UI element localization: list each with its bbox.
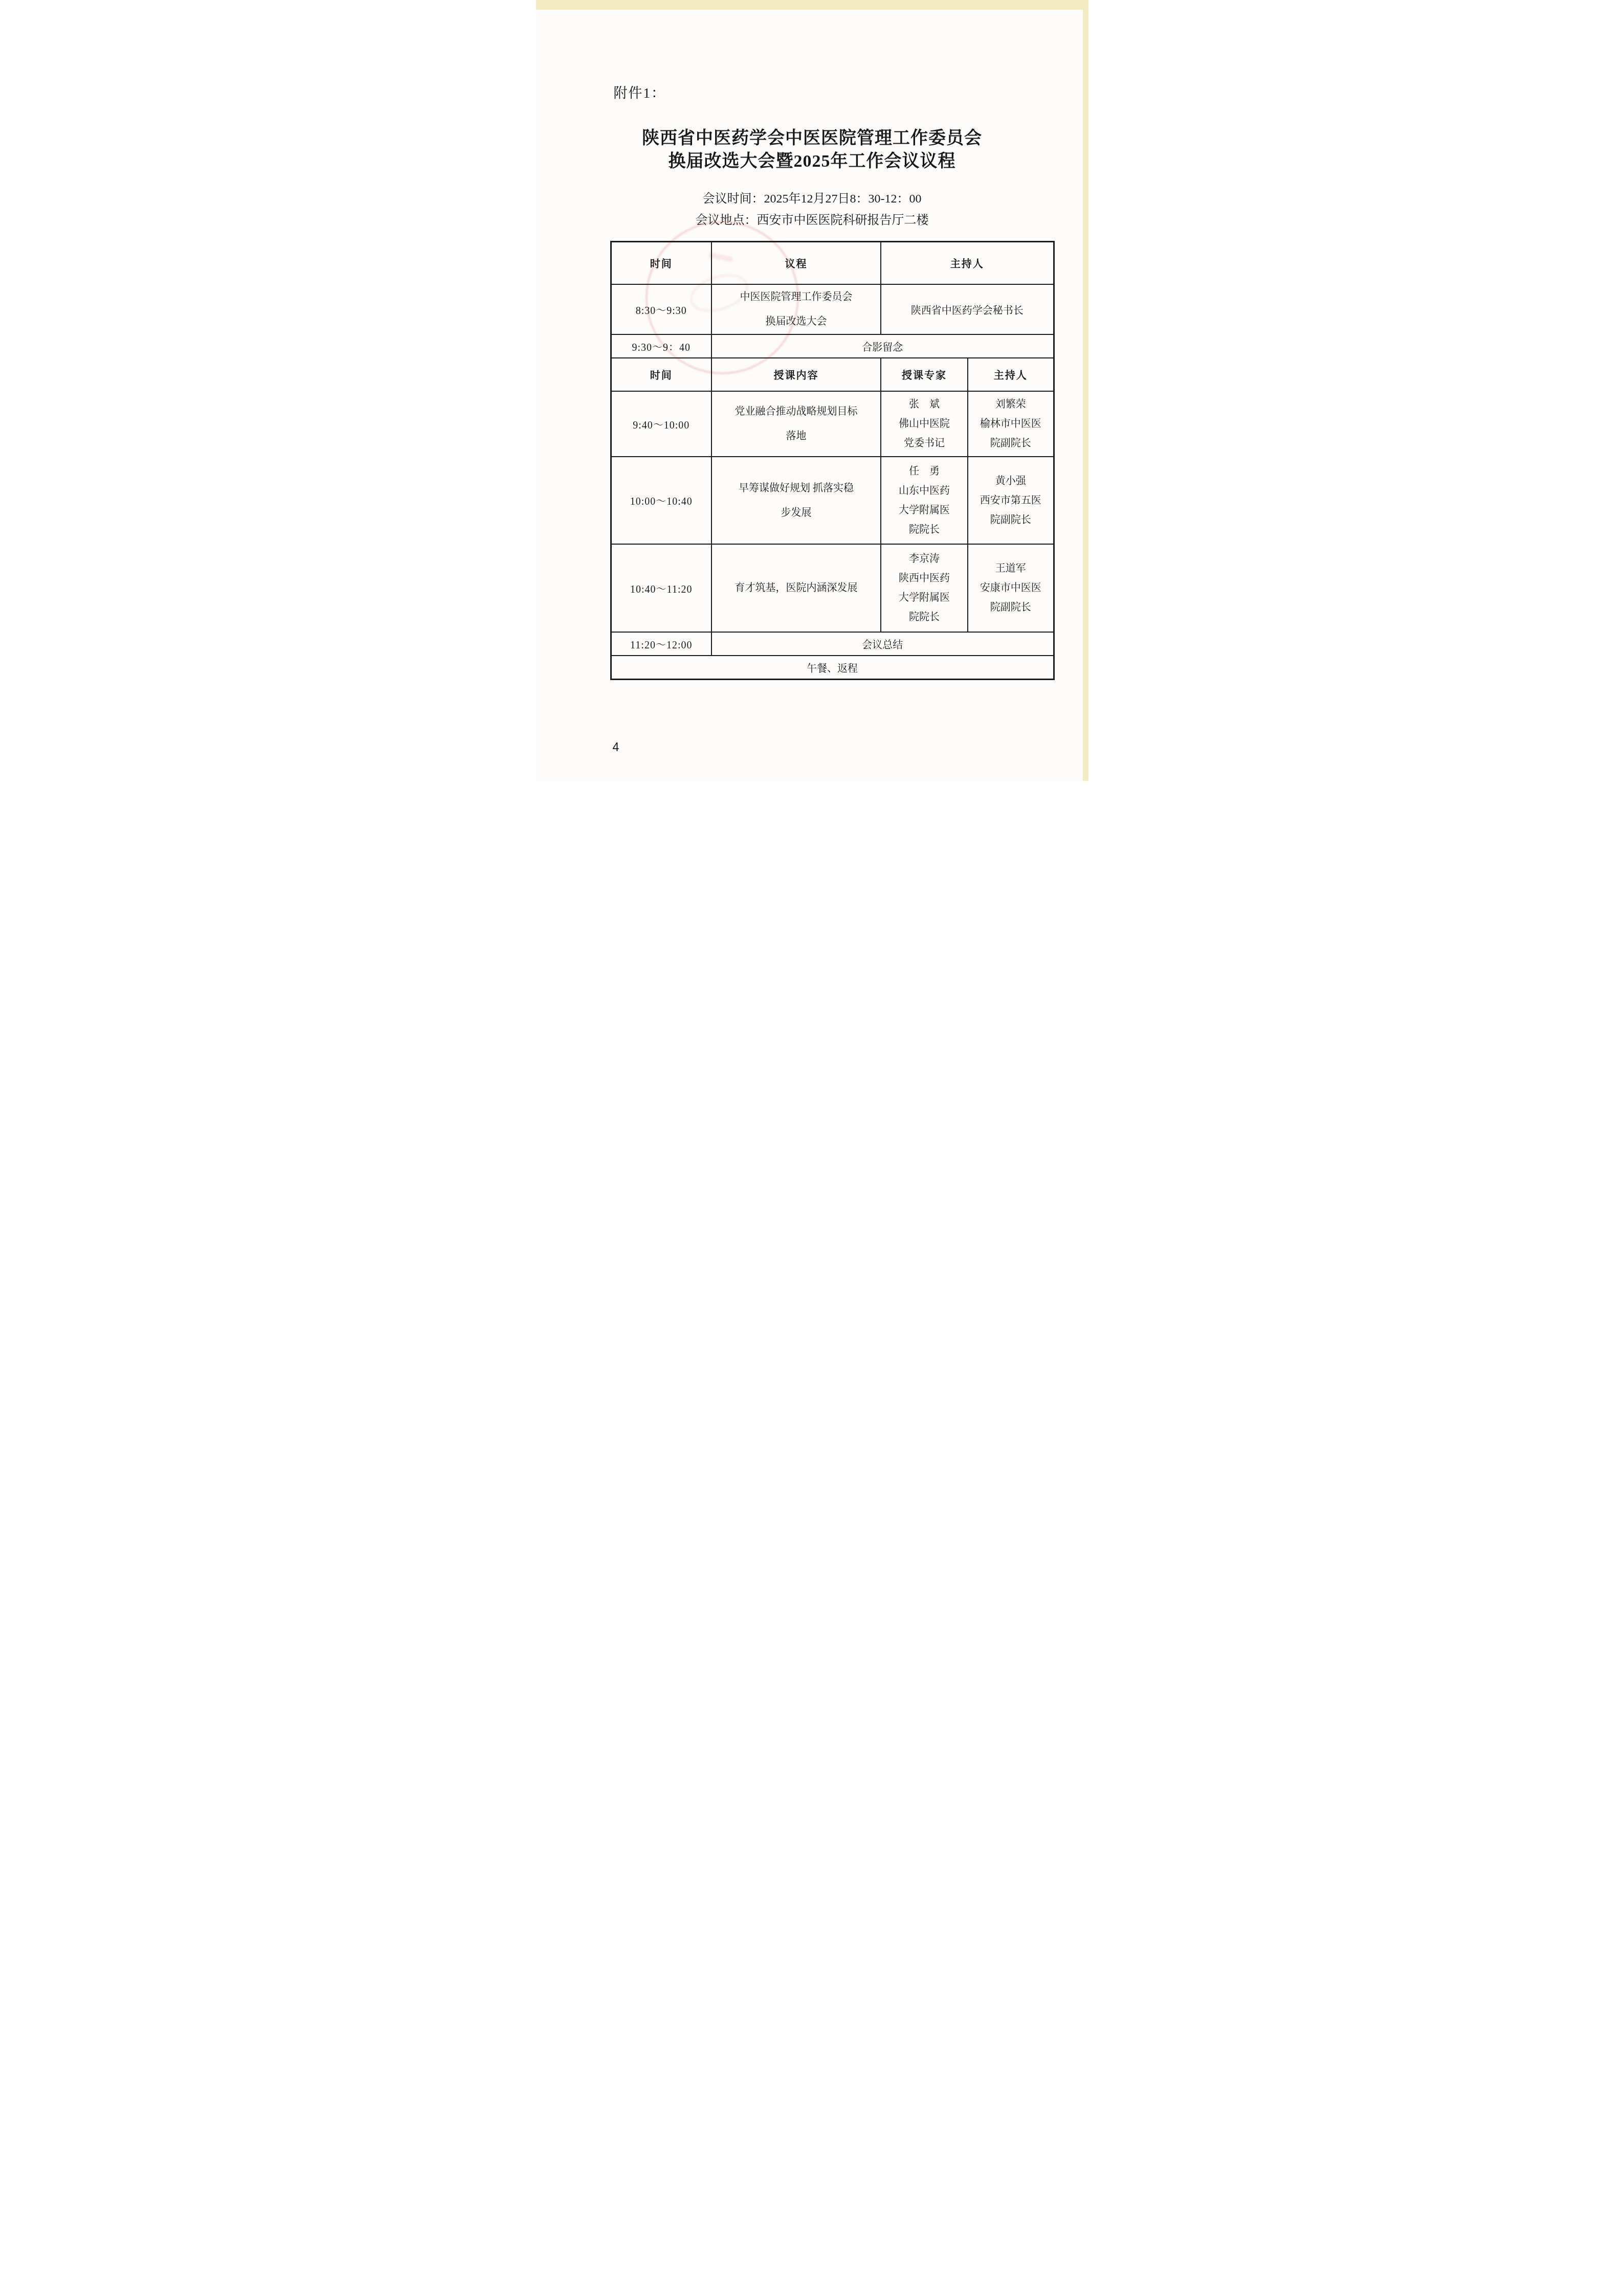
header-agenda: 议程 xyxy=(711,242,881,285)
table-row: 11:20～12:00 会议总结 xyxy=(611,632,1054,656)
header-time: 时间 xyxy=(611,358,711,391)
cell-lecture-content: 育才筑基，医院内涵深发展 xyxy=(711,544,881,632)
document-title: 陕西省中医药学会中医医院管理工作委员会 换届改选大会暨2025年工作会议议程 xyxy=(536,127,1088,173)
cell-lunch-merged: 午餐、返程 xyxy=(611,656,1054,680)
cell-lecture-content: 早筹谋做好规划 抓落实稳 步发展 xyxy=(711,457,881,544)
header-lecture-content: 授课内容 xyxy=(711,358,881,391)
cell-time: 9:30～9：40 xyxy=(611,334,711,358)
cell-time: 10:40～11:20 xyxy=(611,544,711,632)
cell-agenda: 中医医院管理工作委员会 换届改选大会 xyxy=(711,284,881,334)
cell-summary-merged: 会议总结 xyxy=(711,632,1054,656)
cell-host: 黄小强 西安市第五医 院副院长 xyxy=(968,457,1054,544)
cell-time: 9:40～10:00 xyxy=(611,391,711,457)
agenda-table: 时间 议程 主持人 8:30～9:30 中医医院管理工作委员会 换届改选大会 陕… xyxy=(610,241,1055,680)
table-row: 9:40～10:00 党业融合推动战略规划目标 落地 张 斌 佛山中医院 党委书… xyxy=(611,391,1054,457)
table-row-header-section1: 时间 议程 主持人 xyxy=(611,242,1054,285)
table-row-header-section2: 时间 授课内容 授课专家 主持人 xyxy=(611,358,1054,391)
cell-time: 10:00～10:40 xyxy=(611,457,711,544)
cell-agenda-merged: 合影留念 xyxy=(711,334,1054,358)
header-lecture-expert: 授课专家 xyxy=(881,358,968,391)
header-host: 主持人 xyxy=(968,358,1054,391)
meeting-place: 会议地点：西安市中医医院科研报告厅二楼 xyxy=(536,210,1088,231)
document-title-line2: 换届改选大会暨2025年工作会议议程 xyxy=(536,150,1088,173)
header-host: 主持人 xyxy=(881,242,1054,285)
attachment-label: 附件1： xyxy=(614,82,666,102)
meeting-time: 会议时间：2025年12月27日8：30-12：00 xyxy=(536,188,1088,210)
table-row: 午餐、返程 xyxy=(611,656,1054,680)
cell-lecture-expert: 任 勇 山东中医药 大学附属医 院院长 xyxy=(881,457,968,544)
cell-lecture-content: 党业融合推动战略规划目标 落地 xyxy=(711,391,881,457)
cell-host: 陕西省中医药学会秘书长 xyxy=(881,284,1054,334)
table-row: 8:30～9:30 中医医院管理工作委员会 换届改选大会 陕西省中医药学会秘书长 xyxy=(611,284,1054,334)
cell-lecture-expert: 张 斌 佛山中医院 党委书记 xyxy=(881,391,968,457)
table-row: 10:00～10:40 早筹谋做好规划 抓落实稳 步发展 任 勇 山东中医药 大… xyxy=(611,457,1054,544)
document-title-line1: 陕西省中医药学会中医医院管理工作委员会 xyxy=(536,127,1088,150)
table-row: 10:40～11:20 育才筑基，医院内涵深发展 李京涛 陕西中医药 大学附属医… xyxy=(611,544,1054,632)
cell-lecture-expert: 李京涛 陕西中医药 大学附属医 院院长 xyxy=(881,544,968,632)
scanner-backdrop-right xyxy=(1083,10,1088,781)
table-row: 9:30～9：40 合影留念 xyxy=(611,334,1054,358)
cell-host: 刘繁荣 榆林市中医医 院副院长 xyxy=(968,391,1054,457)
meeting-info: 会议时间：2025年12月27日8：30-12：00 会议地点：西安市中医医院科… xyxy=(536,188,1088,231)
cell-time: 11:20～12:00 xyxy=(611,632,711,656)
scanned-document-page: 附件1： 陕西省中医药学会中医医院管理工作委员会 换届改选大会暨2025年工作会… xyxy=(536,0,1088,781)
cell-host: 王道军 安康市中医医 院副院长 xyxy=(968,544,1054,632)
scanner-backdrop-top xyxy=(536,0,1088,10)
page-number: 4 xyxy=(613,740,619,754)
header-time: 时间 xyxy=(611,242,711,285)
cell-time: 8:30～9:30 xyxy=(611,284,711,334)
